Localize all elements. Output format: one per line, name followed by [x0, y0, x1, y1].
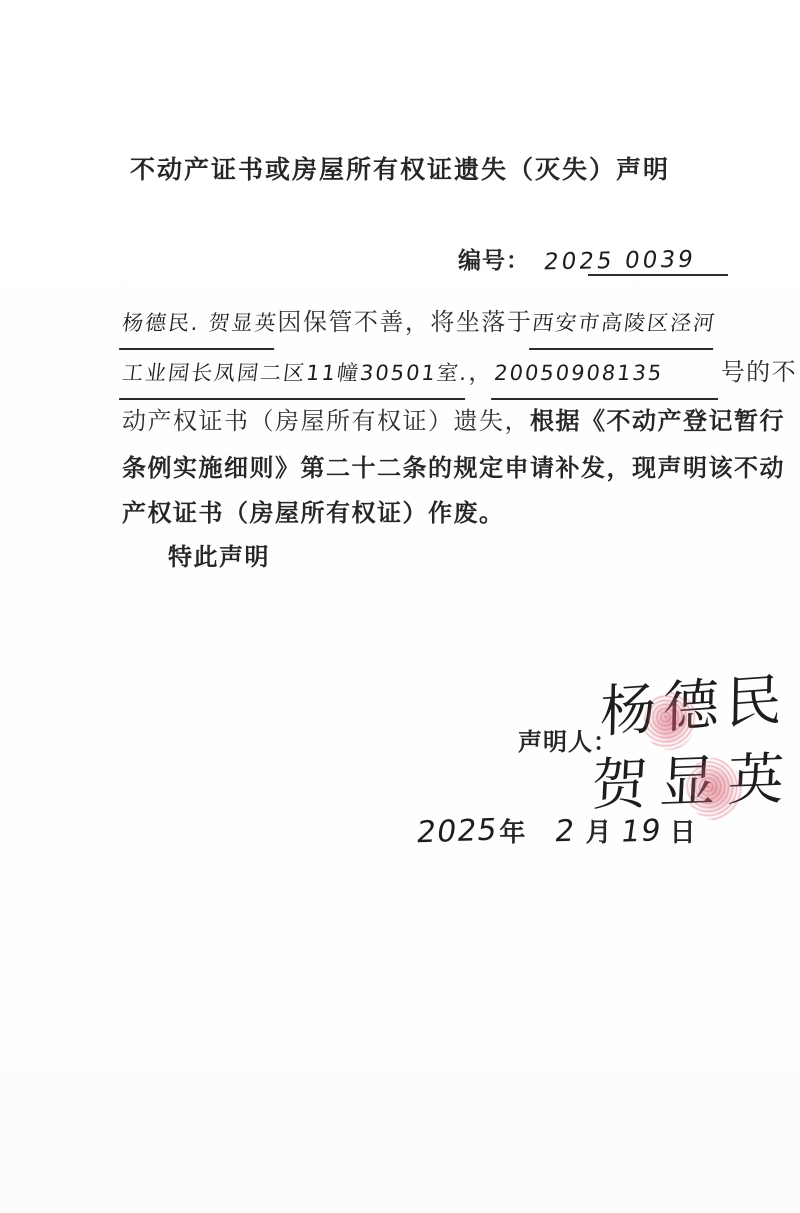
serial-label: 编号：: [458, 247, 530, 273]
serial-underline: [588, 274, 728, 276]
serial-value-handwritten: 2025 0039: [542, 247, 697, 276]
date-day-handwritten: 19: [619, 813, 664, 849]
body-text-law-b: 条例实施细则》第二十二条的规定申请补发，现声明该不动: [122, 455, 785, 482]
declarant-names-handwritten: 杨德民. 贺显英: [119, 301, 280, 350]
date-year-handwritten: 2025: [414, 813, 500, 851]
body-line-5: 产权证书（房屋所有权证）作废。: [122, 491, 752, 537]
body-text-law-c: 产权证书（房屋所有权证）作废。: [122, 500, 505, 527]
property-address-handwritten-part2: 工业园长凤园二区11幢30501室.: [119, 351, 471, 400]
declaration-body: 杨德民. 贺显英因保管不善，将坐落于西安市高陵区泾河 工业园长凤园二区11幢30…: [122, 300, 752, 537]
body-line-3: 动产权证书（房屋所有权证）遗失，根据《不动产登记暂行: [122, 399, 752, 446]
body-comma: ，: [468, 360, 494, 386]
property-address-handwritten-part1: 西安市高陵区泾河: [529, 301, 719, 350]
page-title: 不动产证书或房屋所有权证遗失（灭失）声明: [0, 150, 800, 186]
body-line-2: 工业园长凤园二区11幢30501室.，20050908135号的不: [122, 350, 752, 400]
serial-row: 编号：2025 0039: [458, 242, 695, 275]
body-text-lost-b: 动产权证书（房屋所有权证）遗失，: [122, 409, 530, 435]
signature-name-2-handwritten: 贺显英: [590, 734, 798, 821]
certificate-number-handwritten: 20050908135: [491, 351, 724, 400]
date-day-label: 日: [670, 817, 696, 847]
body-text-lost-a: 号的不: [721, 360, 798, 386]
date-month-label: 月: [585, 817, 611, 847]
body-text-law-a: 根据《不动产登记暂行: [530, 408, 785, 435]
date-line: 2025年2月19日: [417, 812, 696, 849]
date-year-label: 年: [499, 817, 525, 847]
date-month-handwritten: 2: [553, 814, 578, 850]
closing-statement: 特此声明: [168, 537, 270, 572]
body-text-keep: 因保管不善，将坐落于: [277, 310, 532, 336]
body-line-4: 条例实施细则》第二十二条的规定申请补发，现声明该不动: [122, 446, 752, 492]
body-line-1: 杨德民. 贺显英因保管不善，将坐落于西安市高陵区泾河: [122, 300, 752, 350]
document-page: 不动产证书或房屋所有权证遗失（灭失）声明 编号：2025 0039 杨德民. 贺…: [0, 0, 800, 1213]
